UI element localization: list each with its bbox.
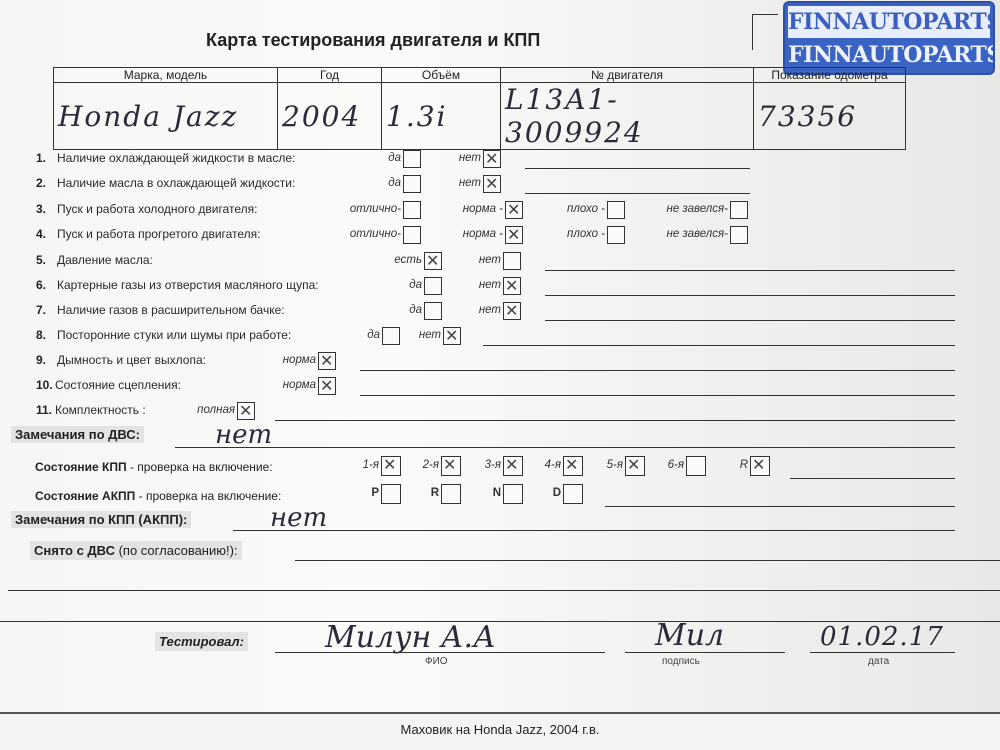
checkbox-checked[interactable] [483,175,501,193]
removed-title: Снято с ДВС [34,543,115,558]
gear-label: 2-я [410,459,439,471]
checkbox-checked[interactable] [424,252,442,270]
engine-remarks-label: Замечания по ДВС: [11,426,144,443]
option-label: норма - [443,228,503,240]
comment-line [545,270,955,271]
manual-gearbox-title: Состояние КПП [35,460,127,474]
check-number: 9. [36,353,46,367]
col-volume: Объём [382,68,501,83]
removed-label: Снято с ДВС (по согласованию!): [30,541,242,560]
gear-label: 1-я [350,459,379,471]
gearbox-remarks-line [233,530,955,531]
check-label: Пуск и работа холодного двигателя: [57,202,257,216]
gearbox-remarks-value: нет [270,503,327,533]
removed-line-1 [295,560,1000,561]
test-date: 01.02.17 [820,622,944,652]
checkbox-checked[interactable] [503,277,521,295]
checkbox-checked[interactable] [237,402,255,420]
gear-label: 6-я [655,459,684,471]
check-label: Давление масла: [57,253,153,267]
comment-line [545,320,955,321]
comment-line [275,420,955,421]
checkbox-checked[interactable] [443,327,461,345]
gear-label: 5-я [595,459,623,471]
auto-gearbox-label: Состояние АКПП - проверка на включение: [35,489,281,503]
check-number: 11. [36,403,52,417]
checkbox-checked[interactable] [505,226,523,244]
checkbox-checked[interactable] [505,201,523,219]
option-label: есть [376,254,422,266]
check-label: Посторонние стуки или шумы при работе: [57,328,291,342]
check-number: 5. [36,253,46,267]
checkbox-empty[interactable] [403,150,421,168]
engine-remarks-value: нет [215,420,272,450]
comment-line [545,295,955,296]
option-label: да [352,329,380,341]
gear-label: R [420,487,439,499]
col-make-model: Марка, модель [54,68,278,83]
checkbox-empty[interactable] [607,226,625,244]
option-label: нет [443,177,481,189]
option-label: норма [265,379,316,391]
manual-gearbox-line [790,478,955,479]
auto-gearbox-subtitle: - проверка на включение: [135,489,281,503]
check-label: Картерные газы из отверстия масляного щу… [57,278,319,292]
checkbox-empty[interactable] [503,252,521,270]
option-label: нет [402,329,441,341]
image-caption: Маховик на Honda Jazz, 2004 г.в. [0,722,1000,737]
check-number: 7. [36,303,46,317]
checkbox-checked[interactable] [483,150,501,168]
gear-label: N [482,487,501,499]
option-label: нет [443,152,481,164]
gear-checkbox-checked[interactable] [503,456,523,476]
gear-checkbox-empty[interactable] [686,456,706,476]
gear-checkbox-empty[interactable] [563,484,583,504]
check-number: 1. [36,151,46,165]
option-label: нет [464,254,501,266]
manual-gearbox-subtitle: - проверка на включение: [127,460,273,474]
value-volume: 1.3i [382,83,501,150]
option-label: норма - [443,203,503,215]
value-odometer: 73356 [754,83,906,150]
col-odometer: Показание одометра [754,68,906,83]
test-card-sheet: Карта тестирования двигателя и КПП FINNA… [0,0,1000,714]
comment-line [525,168,750,169]
option-label: отлично- [328,203,401,215]
option-label: нет [464,279,501,291]
col-year: Год [278,68,382,83]
gear-label: R [727,459,748,471]
removed-line-2 [8,590,1000,591]
check-number: 2. [36,176,46,190]
checkbox-empty[interactable] [730,201,748,219]
tester-name: Милун А.А [325,620,496,655]
check-number: 8. [36,328,46,342]
gear-checkbox-checked[interactable] [381,456,401,476]
gearbox-remarks-label: Замечания по КПП (АКПП): [11,511,191,528]
engine-remarks-line [175,447,955,448]
option-label: не завелся- [645,203,728,215]
option-label: полная [177,404,235,416]
date-line [810,652,955,653]
option-label: да [380,304,422,316]
gear-checkbox-empty[interactable] [503,484,523,504]
gear-checkbox-checked[interactable] [750,456,770,476]
value-engine-number: L13A1-3009924 [501,83,754,150]
comment-line [360,395,955,396]
option-label: да [373,152,401,164]
gear-label: 3-я [472,459,501,471]
checkbox-empty[interactable] [730,226,748,244]
value-make-model: Honda Jazz [54,83,278,150]
signature-line [625,652,785,653]
check-label: Наличие масла в охлаждающей жидкости: [57,176,295,190]
date-caption: дата [868,656,889,667]
gear-checkbox-empty[interactable] [441,484,461,504]
checkbox-checked[interactable] [503,302,521,320]
gear-label: P [357,487,379,499]
tested-by-label: Тестировал: [155,632,248,651]
col-engine-number: № двигателя [501,68,754,83]
gear-checkbox-checked[interactable] [441,456,461,476]
checkbox-empty[interactable] [607,201,625,219]
checkbox-empty[interactable] [382,327,400,345]
vehicle-header-table: Марка, модель Год Объём № двигателя Пока… [53,67,906,150]
gear-label: 4-я [532,459,561,471]
logo-line-1: FINNAUTOPARTS [788,6,990,38]
signature-caption: подпись [662,656,700,667]
removed-subtitle: (по согласованию!): [115,543,238,558]
gear-checkbox-checked[interactable] [563,456,583,476]
checkbox-empty[interactable] [424,277,442,295]
check-number: 4. [36,227,46,241]
gear-label: D [542,487,561,499]
checkbox-empty[interactable] [403,175,421,193]
corner-box [752,14,778,50]
manual-gearbox-label: Состояние КПП - проверка на включение: [35,460,273,474]
check-label: Состояние сцепления: [55,378,181,392]
check-label: Пуск и работа прогретого двигателя: [57,227,261,241]
checkbox-empty[interactable] [424,302,442,320]
auto-gearbox-line [605,506,955,507]
tester-signature: Мил [655,618,724,653]
comment-line [525,193,750,194]
option-label: норма [265,354,316,366]
option-label: да [373,177,401,189]
name-line [275,652,605,653]
value-year: 2004 [278,83,382,150]
check-number: 10. [36,378,53,392]
checkbox-checked[interactable] [318,377,336,395]
option-label: отлично- [328,228,401,240]
option-label: плохо - [547,203,605,215]
checkbox-empty[interactable] [403,226,421,244]
option-label: да [380,279,422,291]
check-label: Дымность и цвет выхлопа: [57,353,206,367]
gear-checkbox-checked[interactable] [625,456,645,476]
brand-logo: FINNAUTOPARTS FINNAUTOPARTS [785,3,993,73]
comment-line [483,345,955,346]
checkbox-empty[interactable] [403,201,421,219]
check-number: 6. [36,278,46,292]
option-label: нет [464,304,501,316]
option-label: не завелся- [645,228,728,240]
check-label: Комплектность : [55,403,146,417]
gear-checkbox-empty[interactable] [381,484,401,504]
comment-line [360,370,955,371]
checkbox-checked[interactable] [318,352,336,370]
check-number: 3. [36,202,46,216]
option-label: плохо - [547,228,605,240]
check-label: Наличие газов в расширительном бачке: [57,303,285,317]
name-caption: ФИО [425,656,448,667]
auto-gearbox-title: Состояние АКПП [35,489,135,503]
page-title: Карта тестирования двигателя и КПП [206,30,540,51]
check-label: Наличие охлаждающей жидкости в масле: [57,151,295,165]
